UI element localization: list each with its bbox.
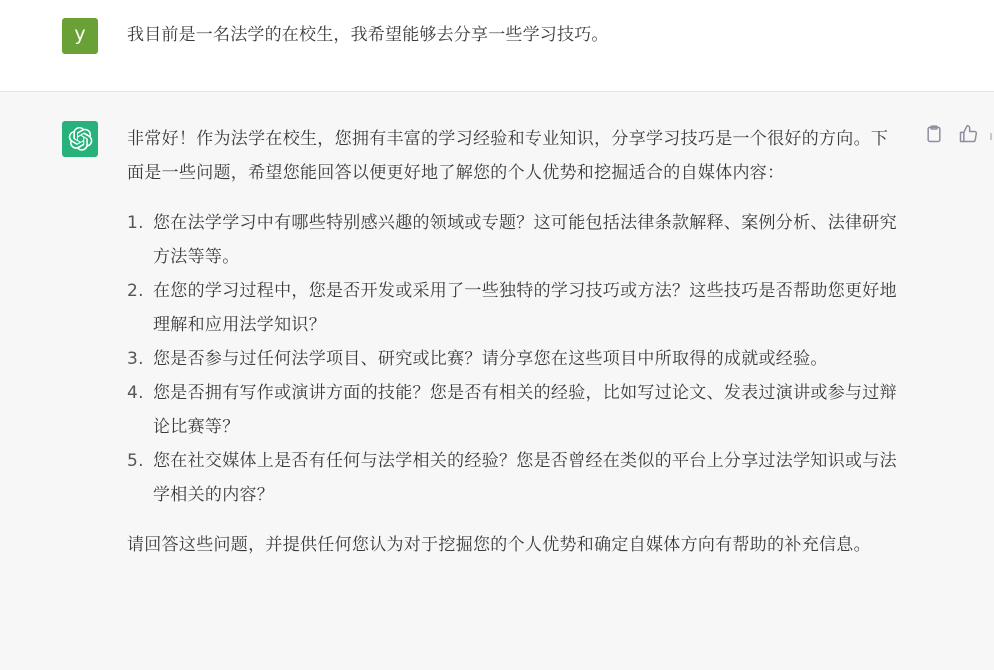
list-item-number: 4. xyxy=(127,376,144,410)
list-item-number: 1. xyxy=(127,206,144,240)
thumbs-down-icon[interactable] xyxy=(990,128,994,140)
user-message-row: y 我目前是一名法学的在校生，我希望能够去分享一些学习技巧。 xyxy=(0,0,994,92)
list-item-number: 2. xyxy=(127,274,144,308)
question-list: 1. 您在法学学习中有哪些特别感兴趣的领域或专题？这可能包括法律条款解释、案例分… xyxy=(127,206,902,512)
list-item: 3. 您是否参与过任何法学项目、研究或比赛？请分享您在这些项目中所取得的成就或经… xyxy=(127,342,902,376)
list-item-text: 您是否拥有写作或演讲方面的技能？您是否有相关的经验，比如写过论文、发表过演讲或参… xyxy=(153,383,897,437)
assistant-closing-paragraph: 请回答这些问题，并提供任何您认为对于挖掘您的个人优势和确定自媒体方向有帮助的补充… xyxy=(127,528,902,562)
assistant-avatar xyxy=(62,121,98,157)
assistant-intro-paragraph: 非常好！作为法学在校生，您拥有丰富的学习经验和专业知识，分享学习技巧是一个很好的… xyxy=(127,122,902,190)
list-item-text: 您是否参与过任何法学项目、研究或比赛？请分享您在这些项目中所取得的成就或经验。 xyxy=(153,349,828,369)
message-actions xyxy=(924,124,978,144)
user-avatar: y xyxy=(62,18,98,54)
list-item: 1. 您在法学学习中有哪些特别感兴趣的领域或专题？这可能包括法律条款解释、案例分… xyxy=(127,206,902,274)
list-item-number: 3. xyxy=(127,342,144,376)
user-avatar-letter: y xyxy=(74,25,85,44)
assistant-message-body: 非常好！作为法学在校生，您拥有丰富的学习经验和专业知识，分享学习技巧是一个很好的… xyxy=(127,122,902,562)
list-item: 4. 您是否拥有写作或演讲方面的技能？您是否有相关的经验，比如写过论文、发表过演… xyxy=(127,376,902,444)
list-item: 5. 您在社交媒体上是否有任何与法学相关的经验？您是否曾经在类似的平台上分享过法… xyxy=(127,444,902,512)
thumbs-up-icon[interactable] xyxy=(958,124,978,144)
list-item-number: 5. xyxy=(127,444,144,478)
chat-page: y 我目前是一名法学的在校生，我希望能够去分享一些学习技巧。 非常好！作为法学在… xyxy=(0,0,994,670)
list-item-text: 在您的学习过程中，您是否开发或采用了一些独特的学习技巧或方法？这些技巧是否帮助您… xyxy=(153,281,897,335)
user-message-text: 我目前是一名法学的在校生，我希望能够去分享一些学习技巧。 xyxy=(127,22,609,48)
clipboard-icon[interactable] xyxy=(924,124,944,144)
list-item: 2. 在您的学习过程中，您是否开发或采用了一些独特的学习技巧或方法？这些技巧是否… xyxy=(127,274,902,342)
openai-logo-icon xyxy=(67,126,93,152)
list-item-text: 您在法学学习中有哪些特别感兴趣的领域或专题？这可能包括法律条款解释、案例分析、法… xyxy=(153,213,897,267)
list-item-text: 您在社交媒体上是否有任何与法学相关的经验？您是否曾经在类似的平台上分享过法学知识… xyxy=(153,451,897,505)
